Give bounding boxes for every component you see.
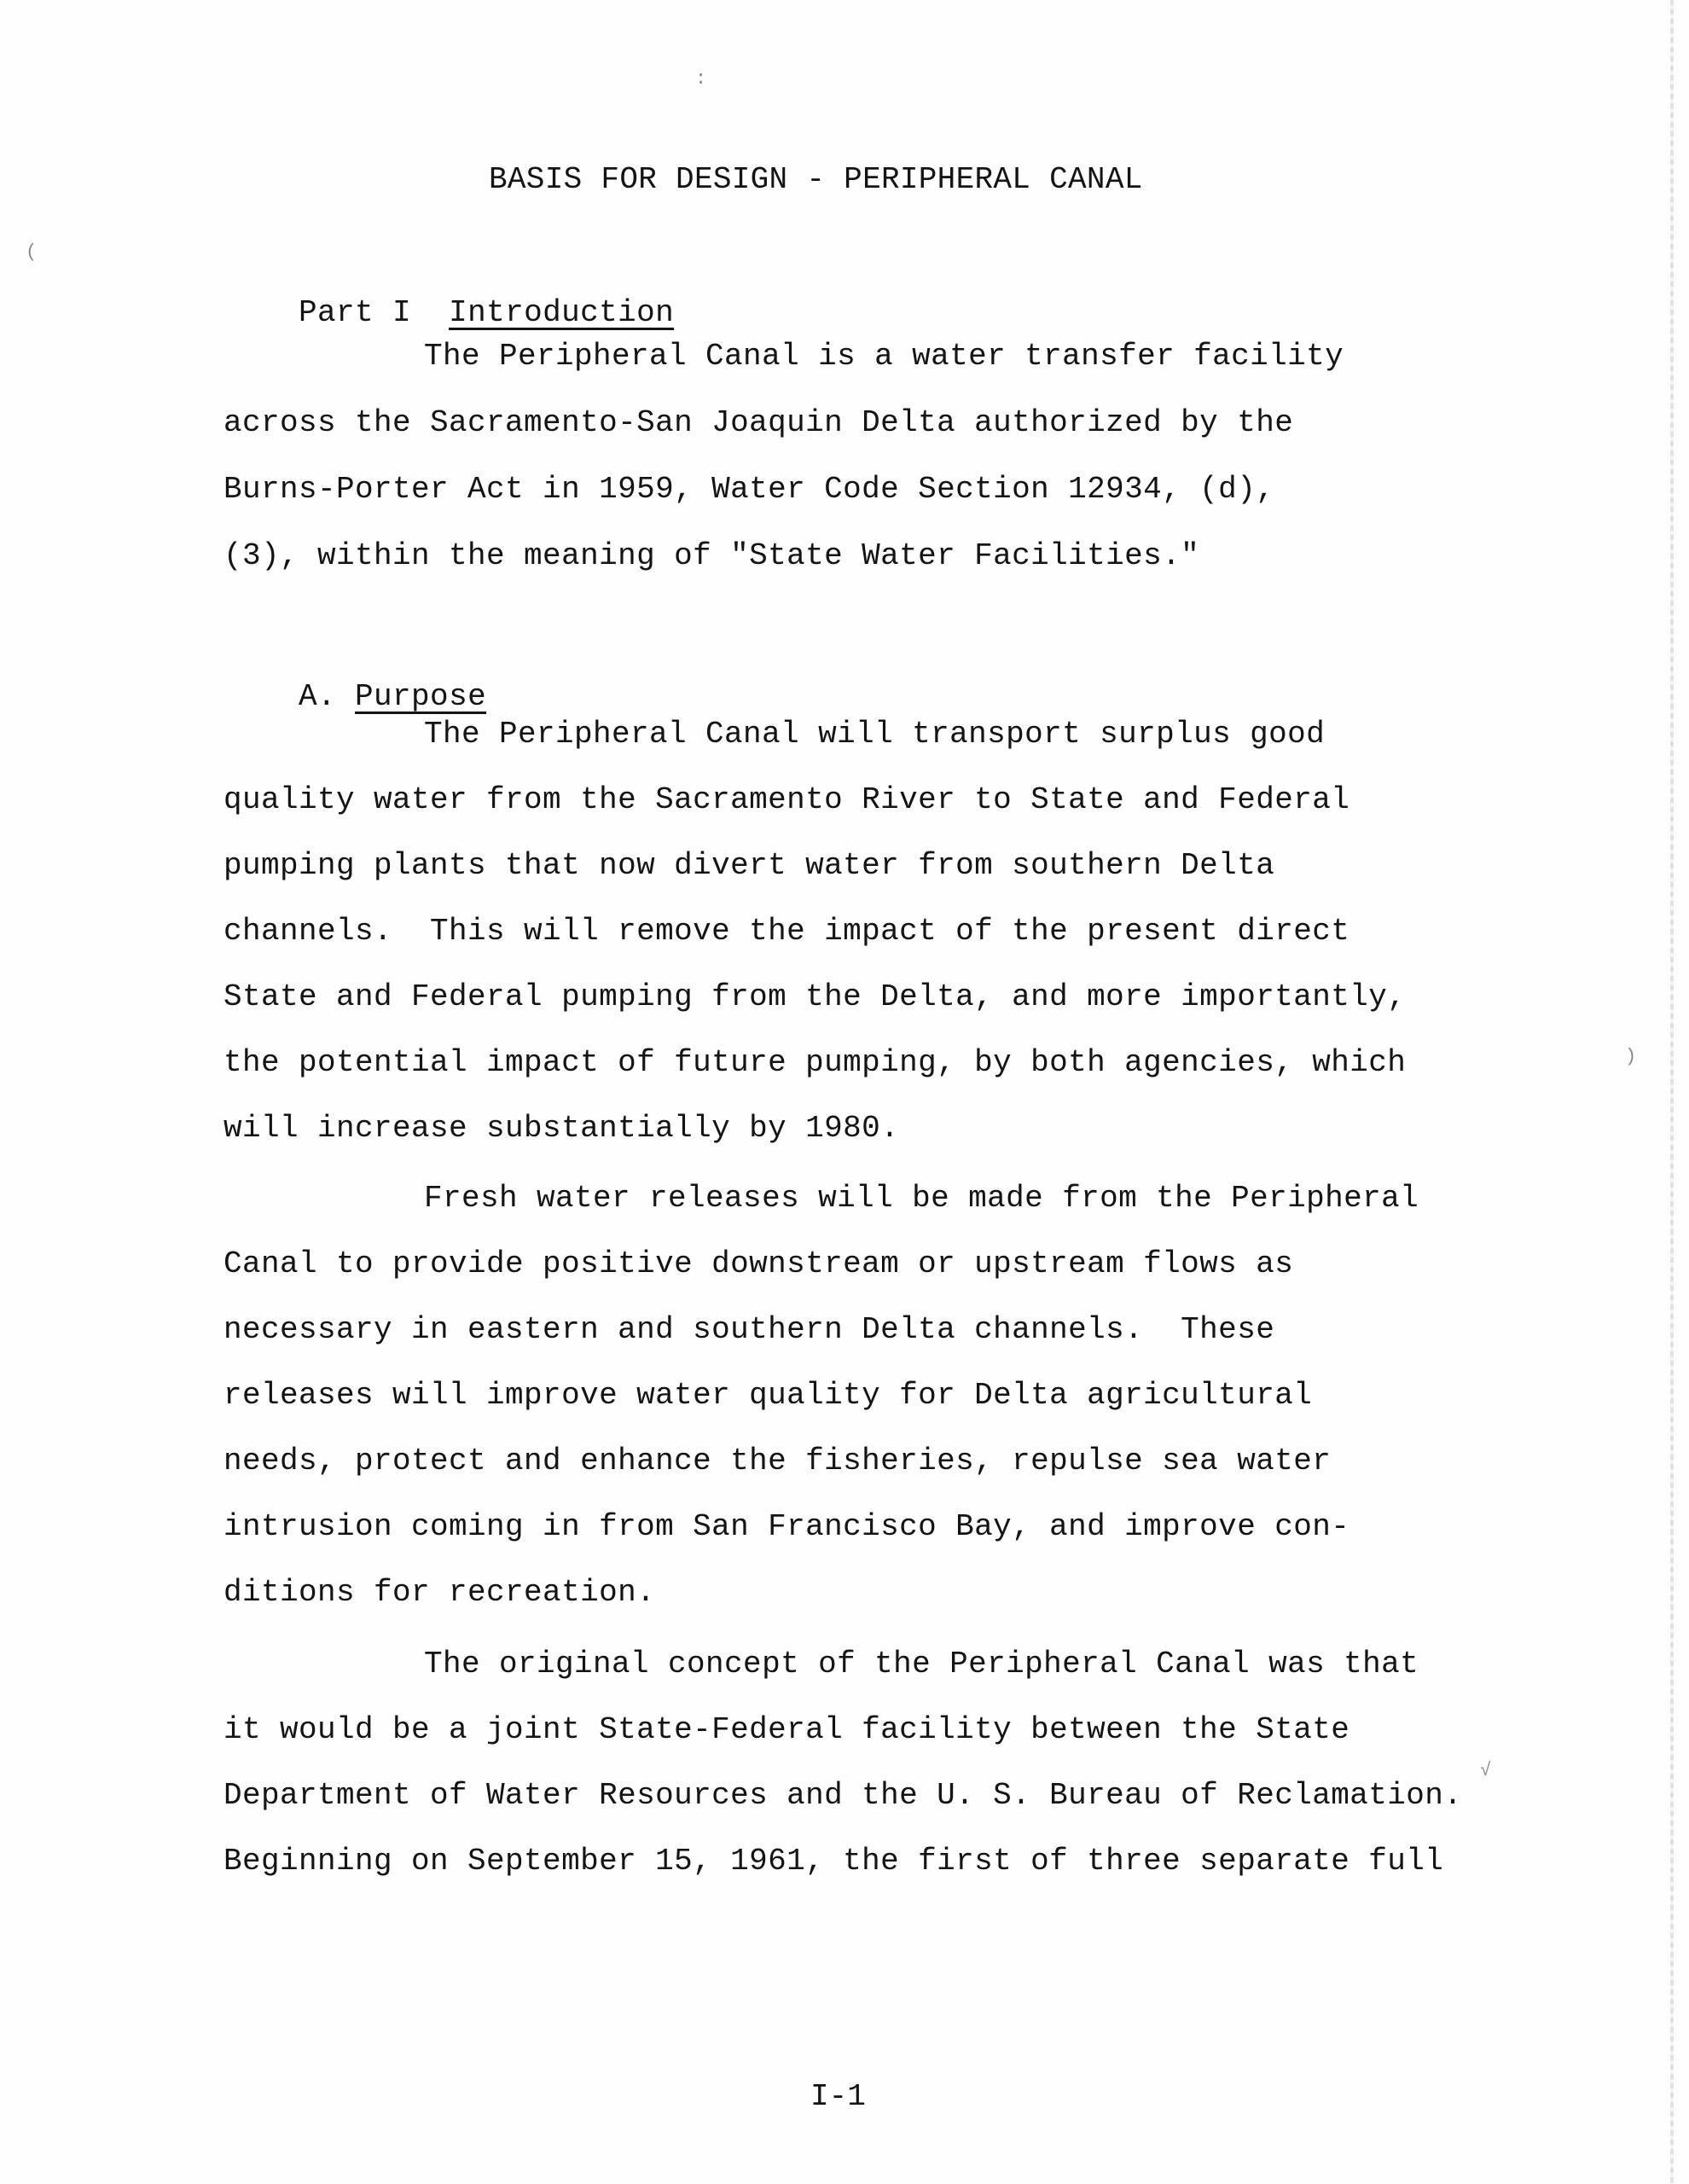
text-line: The original concept of the Peripheral C…	[424, 1647, 1419, 1682]
text-line: Fresh water releases will be made from t…	[424, 1181, 1419, 1216]
scan-speck: :	[695, 70, 706, 89]
scan-speck: √	[1480, 1762, 1491, 1780]
section-label: A.	[299, 679, 336, 714]
text-line: needs, protect and enhance the fisheries…	[223, 1443, 1331, 1478]
scan-speck: )	[1625, 1048, 1636, 1066]
document-title: BASIS FOR DESIGN - PERIPHERAL CANAL	[489, 162, 1143, 197]
text-line: State and Federal pumping from the Delta…	[223, 979, 1406, 1014]
text-line: The Peripheral Canal is a water transfer…	[424, 339, 1344, 374]
scan-edge	[1670, 0, 1674, 2184]
text-line: Canal to provide positive downstream or …	[223, 1246, 1293, 1281]
text-line: (3), within the meaning of "State Water …	[223, 538, 1199, 573]
text-line: releases will improve water quality for …	[223, 1378, 1312, 1413]
document-page: : ( ) √ BASIS FOR DESIGN - PERIPHERAL CA…	[0, 0, 1689, 2184]
text-line: the potential impact of future pumping, …	[223, 1045, 1406, 1080]
text-line: ditions for recreation.	[223, 1575, 655, 1610]
part-title: Introduction	[449, 295, 674, 330]
text-line: channels. This will remove the impact of…	[223, 914, 1349, 949]
text-line: across the Sacramento-San Joaquin Delta …	[223, 405, 1293, 440]
part-label: Part I	[299, 295, 411, 330]
page-number: I-1	[810, 2079, 866, 2114]
text-line: Burns-Porter Act in 1959, Water Code Sec…	[223, 472, 1274, 507]
text-line: it would be a joint State-Federal facili…	[223, 1712, 1349, 1747]
text-line: Department of Water Resources and the U.…	[223, 1778, 1462, 1813]
text-line: will increase substantially by 1980.	[223, 1111, 899, 1146]
text-line: intrusion coming in from San Francisco B…	[223, 1509, 1349, 1544]
section-title: Purpose	[355, 679, 486, 714]
text-line: pumping plants that now divert water fro…	[223, 848, 1274, 883]
text-line: quality water from the Sacramento River …	[223, 782, 1349, 817]
text-line: Beginning on September 15, 1961, the fir…	[223, 1844, 1443, 1879]
scan-speck: (	[26, 243, 37, 262]
text-line: The Peripheral Canal will transport surp…	[424, 717, 1325, 752]
text-line: necessary in eastern and southern Delta …	[223, 1312, 1274, 1347]
